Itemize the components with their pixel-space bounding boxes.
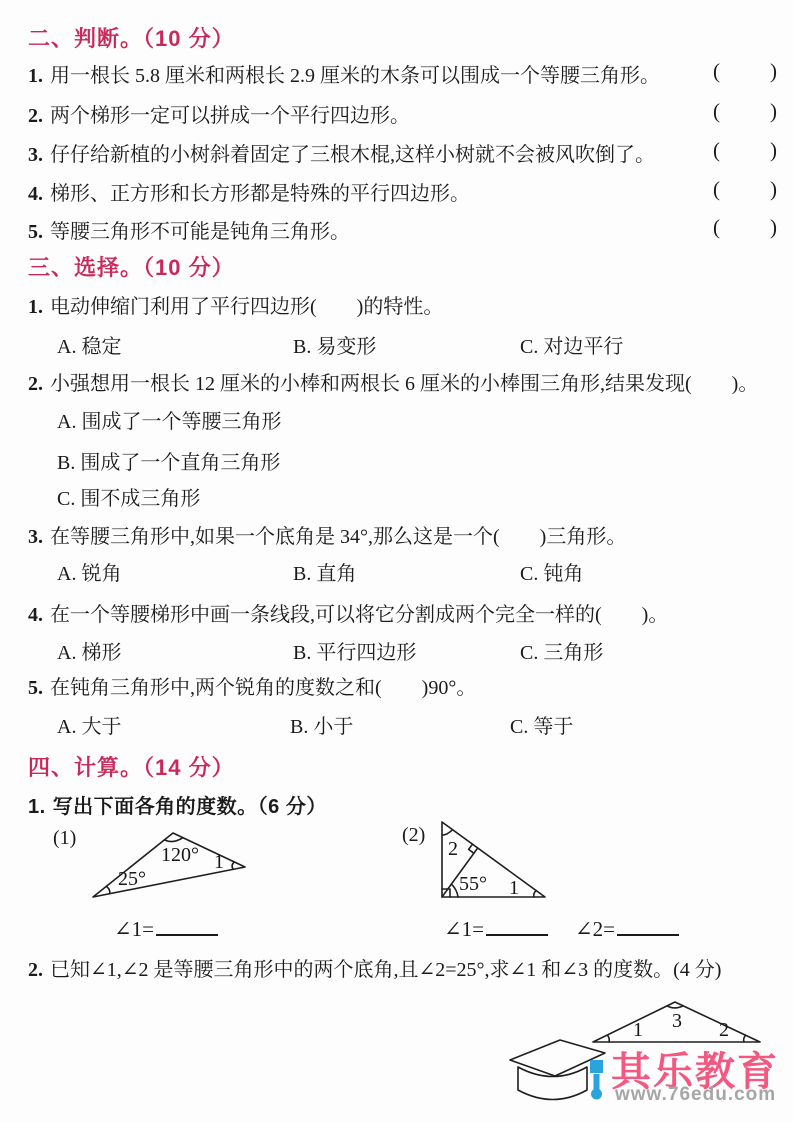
judge-question-3: 3.仔仔给新植的小树斜着固定了三根木棍,这样小树就不会被风吹倒了。 () [28,138,777,167]
judge-question-1: 1.用一根长 5.8 厘米和两根长 2.9 厘米的木条可以围成一个等腰三角形。 … [28,59,777,88]
answer-bracket: () [713,215,777,244]
question-number: 3. [28,526,43,548]
question-text: 5.等腰三角形不可能是钝角三角形。 [28,215,713,244]
option-c: C. 围不成三角形 [57,482,200,511]
question-number: 2. [28,373,43,395]
question-number: 2. [28,105,43,127]
question-body: 电动伸缩门利用了平行四边形( )的特性。 [50,296,443,318]
bracket-close: ) [770,99,777,128]
option-c: C. 三角形 [520,636,603,665]
section-calc-title: 四、计算。（14 分） [28,751,777,782]
question-number: 1. [28,796,46,818]
bracket-close: ) [770,177,777,206]
question-body: 仔仔给新植的小树斜着固定了三根木棍,这样小树就不会被风吹倒了。 [50,144,655,166]
question-text: 3.仔仔给新植的小树斜着固定了三根木棍,这样小树就不会被风吹倒了。 [28,138,713,167]
question-body: 写出下面各角的度数。（6 分） [53,796,327,818]
answer-bracket: () [713,99,777,128]
bracket-open: ( [713,215,720,244]
bracket-close: ) [770,215,777,244]
bracket-close: ) [770,59,777,88]
judge-question-2: 2.两个梯形一定可以拼成一个平行四边形。 () [28,99,777,128]
base-angle-arc [451,884,458,897]
apex-angle-label: 120° [161,844,199,866]
question-body: 在等腰三角形中,如果一个底角是 34°,那么这是一个( )三角形。 [50,526,626,548]
question-number: 1. [28,296,43,318]
question-number: 1. [28,65,43,87]
left-angle-arc [106,886,110,893]
question-text: 4.梯形、正方形和长方形都是特殊的平行四边形。 [28,177,713,206]
question-text: 2.两个梯形一定可以拼成一个平行四边形。 [28,99,713,128]
bracket-close: ) [770,138,777,167]
option-a: A. 稳定 [57,330,121,359]
calc-question-2: 2.已知∠1,∠2 是等腰三角形中的两个底角,且∠2=25°,求∠1 和∠3 的… [28,953,777,982]
answer-prefix: ∠1= [114,917,154,941]
answer-prefix: ∠2= [575,917,615,941]
figure-2-answer-2: ∠2= [575,917,679,942]
question-text: 1.用一根长 5.8 厘米和两根长 2.9 厘米的木条可以围成一个等腰三角形。 [28,59,713,88]
triangle-figure-2: 2 55° 1 [432,814,554,906]
worksheet-page: 二、判断。（10 分） 1.用一根长 5.8 厘米和两根长 2.9 厘米的木条可… [0,0,793,1122]
question-number: 5. [28,221,43,243]
right-angle-label: 1 [509,877,519,899]
question-body: 等腰三角形不可能是钝角三角形。 [50,221,350,243]
right-angle-arc [534,891,536,898]
brand-url: www.76edu.com [615,1084,776,1106]
figure-1-label: (1) [53,827,76,850]
bracket-open: ( [713,99,720,128]
answer-bracket: () [713,138,777,167]
bracket-open: ( [713,138,720,167]
triangle-figure-1: 120° 25° 1 [85,818,260,913]
option-a: A. 围成了一个等腰三角形 [57,405,281,434]
question-body: 小强想用一根长 12 厘米的小棒和两根长 6 厘米的小棒围三角形,结果发现( )… [50,373,758,395]
cap-body [518,1067,587,1100]
question-number: 3. [28,144,43,166]
section-choice-title: 三、选择。（10 分） [28,251,777,282]
option-c: C. 对边平行 [520,330,623,359]
bracket-open: ( [713,177,720,206]
top-angle-arc [442,830,453,835]
left-angle-label: 1 [633,1019,643,1041]
cap-tassel-knot [590,1060,603,1073]
question-body: 在一个等腰梯形中画一条线段,可以将它分割成两个完全一样的( )。 [50,604,668,626]
option-c: C. 钝角 [520,557,583,586]
option-b: B. 小于 [290,710,353,739]
question-number: 4. [28,604,43,626]
figure-1-answer: ∠1= [114,917,218,942]
option-a: A. 梯形 [57,636,121,665]
figure-2-answer-1: ∠1= [444,917,548,942]
option-a: A. 大于 [57,710,121,739]
question-number: 5. [28,677,43,699]
option-a: A. 锐角 [57,557,121,586]
choice-question-2: 2.小强想用一根长 12 厘米的小棒和两根长 6 厘米的小棒围三角形,结果发现(… [28,367,777,396]
unknown-angle-label: 1 [214,851,224,873]
choice-question-1: 1.电动伸缩门利用了平行四边形( )的特性。 [28,290,777,319]
figure-2-label: (2) [402,824,425,847]
left-angle-label: 25° [118,868,146,890]
judge-question-4: 4.梯形、正方形和长方形都是特殊的平行四边形。 () [28,177,777,206]
option-b: B. 易变形 [293,330,376,359]
question-number: 4. [28,183,43,205]
answer-blank [617,929,679,936]
apex-angle-label: 3 [672,1010,682,1032]
judge-question-5: 5.等腰三角形不可能是钝角三角形。 () [28,215,777,244]
question-body: 已知∠1,∠2 是等腰三角形中的两个底角,且∠2=25°,求∠1 和∠3 的度数… [50,959,721,981]
right-angle-arc [232,862,234,869]
right-angle-label: 2 [719,1019,729,1041]
base-angle-label: 55° [459,873,487,895]
answer-bracket: () [713,177,777,206]
answer-blank [486,929,548,936]
bracket-open: ( [713,59,720,88]
answer-blank [156,929,218,936]
top-angle-label: 2 [448,838,458,860]
section-judge-title: 二、判断。（10 分） [28,22,777,53]
answer-prefix: ∠1= [444,917,484,941]
question-body: 在钝角三角形中,两个锐角的度数之和( )90°。 [50,677,476,699]
graduation-cap-icon [503,1036,608,1118]
answer-bracket: () [713,59,777,88]
option-c: C. 等于 [510,710,573,739]
option-b: B. 直角 [293,557,356,586]
choice-question-4: 4.在一个等腰梯形中画一条线段,可以将它分割成两个完全一样的( )。 [28,598,777,627]
choice-question-5: 5.在钝角三角形中,两个锐角的度数之和( )90°。 [28,671,777,700]
question-body: 两个梯形一定可以拼成一个平行四边形。 [50,105,410,127]
question-body: 用一根长 5.8 厘米和两根长 2.9 厘米的木条可以围成一个等腰三角形。 [50,65,660,87]
choice-question-3: 3.在等腰三角形中,如果一个底角是 34°,那么这是一个( )三角形。 [28,520,777,549]
option-b: B. 围成了一个直角三角形 [57,446,280,475]
apex-angle-arc [667,1006,683,1008]
option-b: B. 平行四边形 [293,636,416,665]
calc-question-1: 1.写出下面各角的度数。（6 分） [28,790,777,819]
cap-tassel-tip [591,1089,602,1100]
question-body: 梯形、正方形和长方形都是特殊的平行四边形。 [50,183,470,205]
question-number: 2. [28,959,43,981]
